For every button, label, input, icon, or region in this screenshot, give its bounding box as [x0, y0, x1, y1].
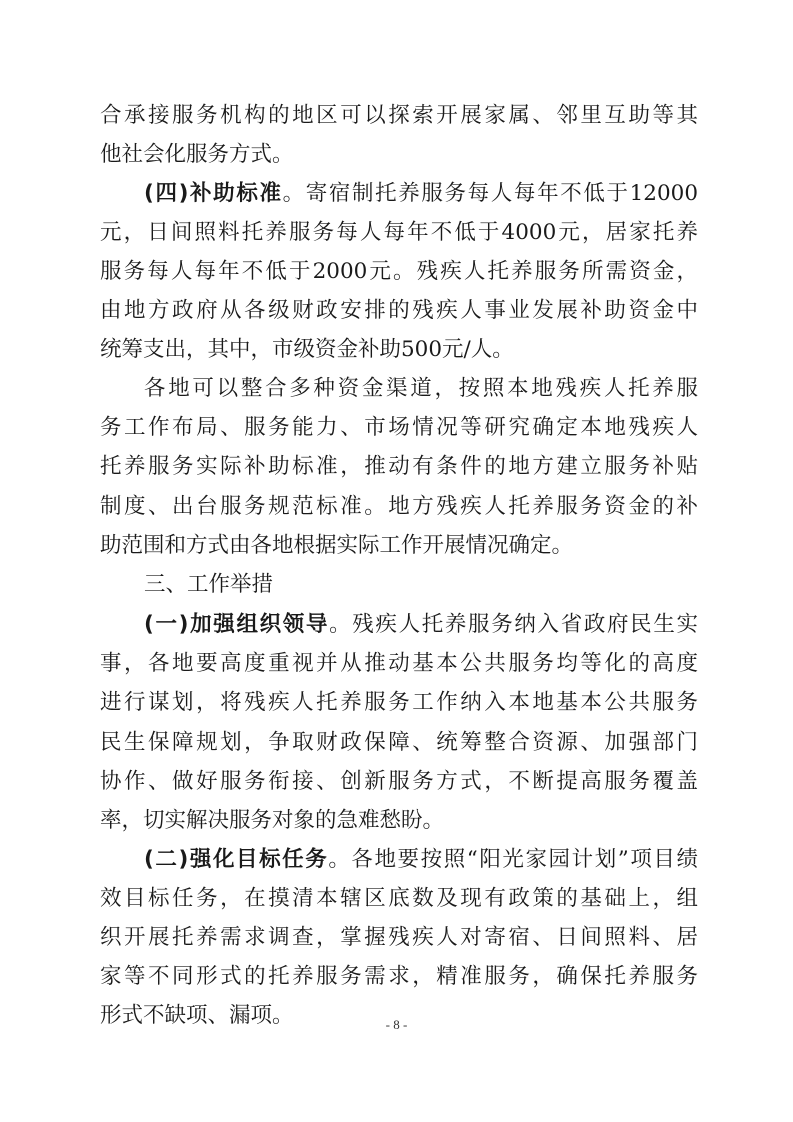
- paragraph-line: 效目标任务，在摸清本辖区底数及现有政策的基础上，组: [100, 879, 698, 918]
- paragraph-line: (二)强化目标任务。各地要按照“阳光家园计划”项目绩: [144, 840, 698, 879]
- section-heading-organization-leadership: (一)加强组织领导: [144, 612, 329, 637]
- paragraph-line: 织开展托养需求调查，掌握残疾人对寄宿、日间照料、居: [100, 918, 698, 957]
- paragraph-line: 率，切实解决服务对象的急难愁盼。: [100, 801, 698, 840]
- page-number: - 8 -: [0, 1017, 793, 1033]
- section-heading-work-measures: 三、工作举措: [144, 565, 698, 604]
- section-heading-subsidy-standard: (四)补助标准: [144, 181, 283, 206]
- paragraph-line: (四)补助标准。寄宿制托养服务每人每年不低于12000: [144, 174, 698, 213]
- paragraph-line: 他社会化服务方式。: [100, 135, 698, 174]
- paragraph-line: 务工作布局、服务能力、市场情况等研究确定本地残疾人: [100, 408, 698, 447]
- paragraph-line: 元，日间照料托养服务每人每年不低于4000元，居家托养: [100, 213, 698, 252]
- section-heading-target-tasks: (二)强化目标任务: [144, 847, 328, 872]
- paragraph-line: 制度、出台服务规范标准。地方残疾人托养服务资金的补: [100, 487, 698, 526]
- paragraph-line: 进行谋划，将残疾人托养服务工作纳入本地基本公共服务: [100, 683, 698, 722]
- paragraph-line: 服务每人每年不低于2000元。残疾人托养服务所需资金，: [100, 252, 698, 291]
- paragraph-line: 由地方政府从各级财政安排的残疾人事业发展补助资金中: [100, 291, 698, 330]
- paragraph-line: 事，各地要高度重视并从推动基本公共服务均等化的高度: [100, 644, 698, 683]
- paragraph-line: 托养服务实际补助标准，推动有条件的地方建立服务补贴: [100, 447, 698, 486]
- paragraph-line: 家等不同形式的托养服务需求，精准服务，确保托养服务: [100, 957, 698, 996]
- paragraph-line: 协作、做好服务衔接、创新服务方式，不断提高服务覆盖: [100, 762, 698, 801]
- paragraph-line: 民生保障规划，争取财政保障、统筹整合资源、加强部门: [100, 723, 698, 762]
- paragraph-line: 统筹支出，其中，市级资金补助500元/人。: [100, 330, 698, 369]
- paragraph-line: 助范围和方式由各地根据实际工作开展情况确定。: [100, 526, 698, 565]
- paragraph-line: 各地可以整合多种资金渠道，按照本地残疾人托养服: [144, 369, 698, 408]
- paragraph-line: (一)加强组织领导。残疾人托养服务纳入省政府民生实: [144, 605, 698, 644]
- document-page: 合承接服务机构的地区可以探索开展家属、邻里互助等其 他社会化服务方式。 (四)补…: [0, 0, 793, 1122]
- paragraph-line: 合承接服务机构的地区可以探索开展家属、邻里互助等其: [100, 96, 698, 135]
